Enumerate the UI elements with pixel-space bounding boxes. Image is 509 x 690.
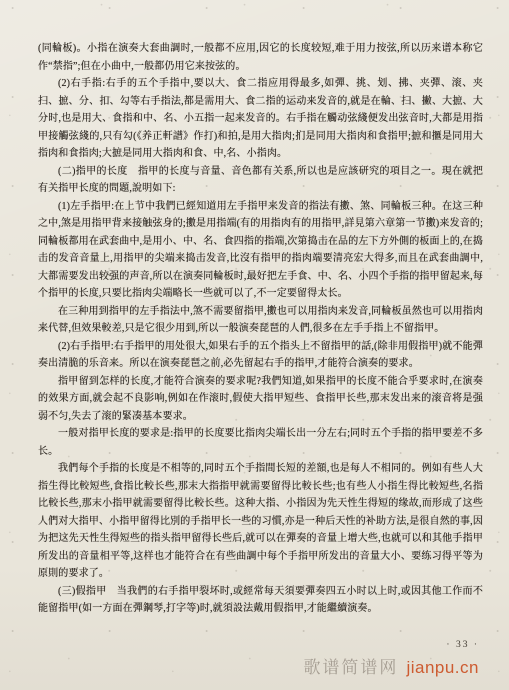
paragraph: 我們每个手指的长度是不相等的,同时五个手指間长短的差額,也是每人不相同的。例如有…	[38, 460, 483, 583]
watermark-site-name: 歌谱简谱网	[303, 658, 398, 677]
paragraph: (1)左手指甲:在上节中我們已經知道用左手指甲来发音的指法有擻、煞、同輪板三种。…	[38, 198, 483, 303]
watermark: 歌谱简谱网jianpu.cn	[303, 653, 479, 678]
paragraph: (同輪板)。小指在演奏大套曲調时,一般都不应用,因它的长度较短,难于用力按弦,所…	[38, 40, 483, 75]
paragraph: (三)假指甲 当我們的右手指甲裂坏时,或經常每天須要彈奏四五小时以上时,或因其他…	[38, 583, 483, 618]
page-number: · 33 ·	[446, 640, 479, 650]
paragraph: (2)右手指甲:右手指甲的用处很大,如果右手的五个指头上不留指甲的話,(除非用假…	[38, 338, 483, 373]
text-block: (同輪板)。小指在演奏大套曲調时,一般都不应用,因它的长度较短,难于用力按弦,所…	[38, 40, 483, 618]
paragraph: 指甲留到怎样的长度,才能符合演奏的要求呢?我們知道,如果指甲的长度不能合乎要求时…	[38, 373, 483, 426]
scanned-book-page: (同輪板)。小指在演奏大套曲調时,一般都不应用,因它的长度较短,难于用力按弦,所…	[0, 0, 509, 690]
watermark-site-link[interactable]: jianpu.cn	[406, 658, 479, 677]
paragraph: (2)右手指:右手的五个手指中,要以大、食二指应用得最多,如彈、挑、划、拂、夹彈…	[38, 75, 483, 163]
paragraph: 一般对指甲长度的要求是:指甲的长度要比指肉尖端长出一分左右;同时五个手指的指甲要…	[38, 425, 483, 460]
paragraph: 在三种用到指甲的左手指法中,煞不需要留指甲,擻也可以用指肉来发音,同輪板虽然也可…	[38, 303, 483, 338]
paragraph: (二)指甲的长度 指甲的长度与音量、音色都有关系,所以也是应該研究的項目之一。現…	[38, 163, 483, 198]
